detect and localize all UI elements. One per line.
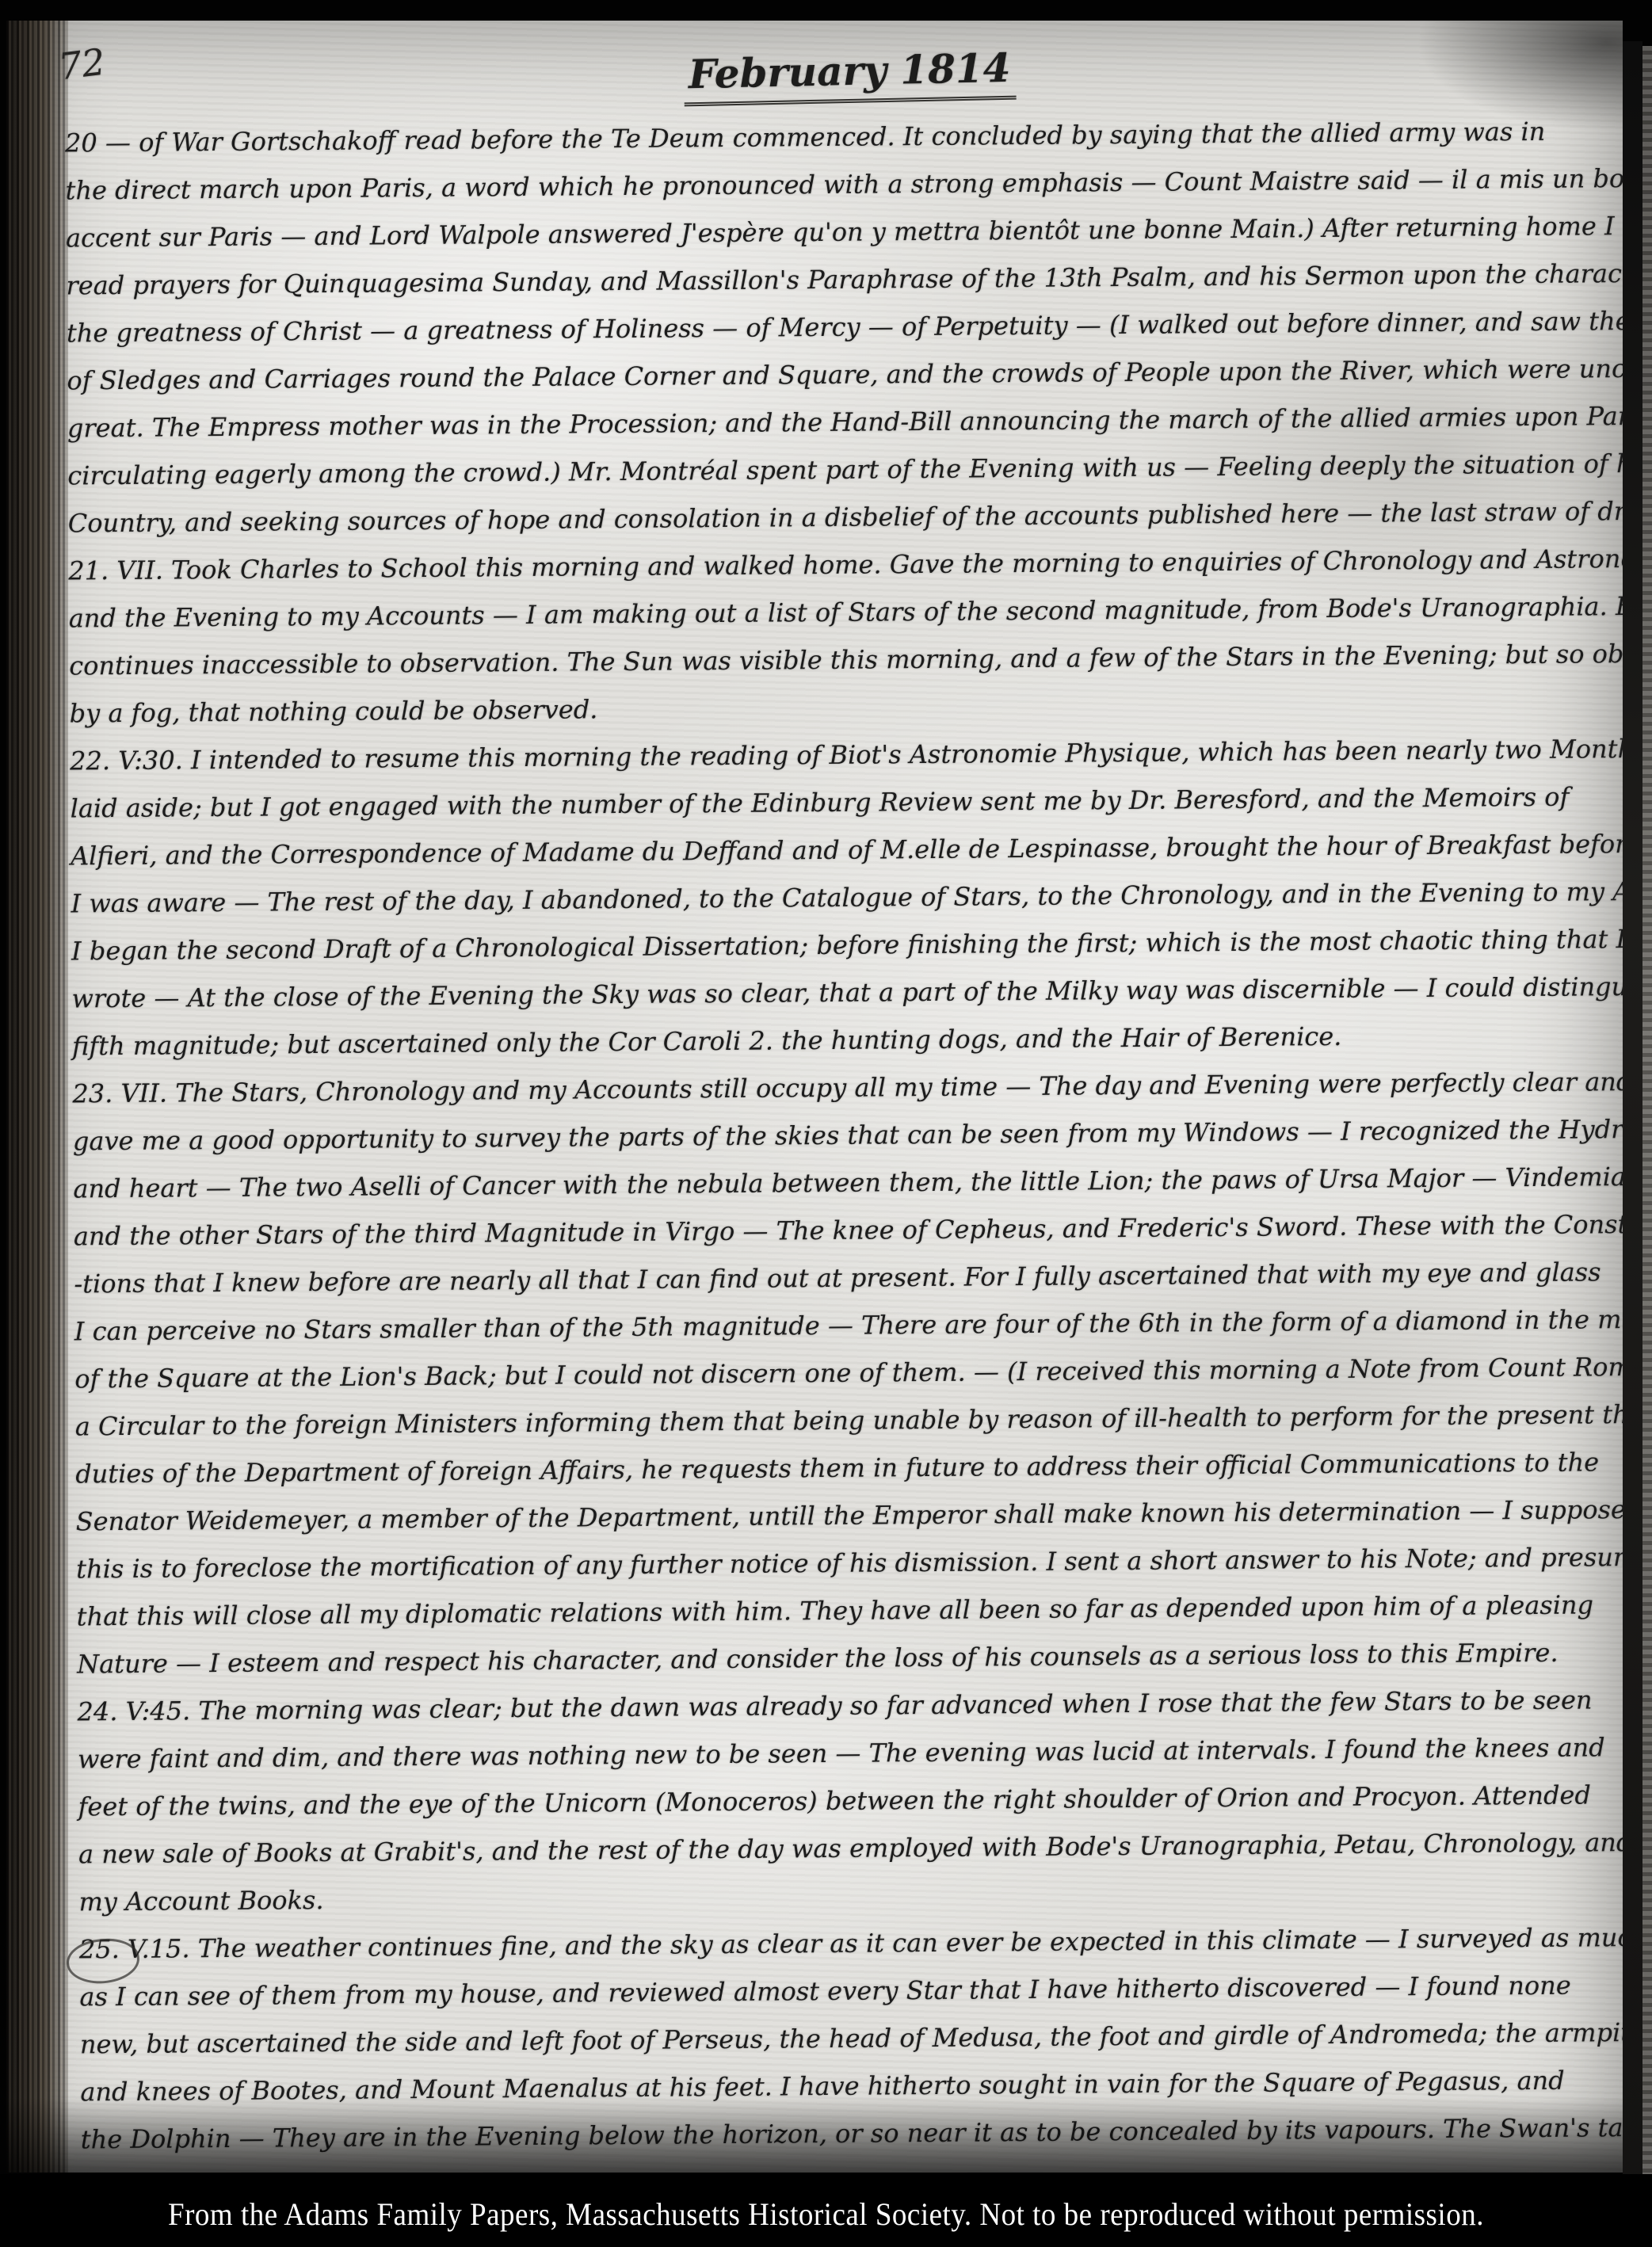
diary-text: 20 — of War Gortschakoff read before the… (65, 116, 1586, 2173)
book-binding (6, 21, 68, 2173)
credit-text: From the Adams Family Papers, Massachuse… (168, 2196, 1484, 2233)
heading-row: February 1814 (6, 48, 1623, 103)
manuscript-scan: 72 February 1814 20 — of War Gortschakof… (0, 0, 1652, 2247)
page-edge-shadow (1623, 41, 1642, 2180)
credit-bar: From the Adams Family Papers, Massachuse… (0, 2174, 1652, 2247)
manuscript-page: 72 February 1814 20 — of War Gortschakof… (6, 21, 1623, 2173)
adjacent-page-edge (1642, 46, 1652, 2177)
page-bottom-shadow (6, 2097, 1623, 2173)
month-heading: February 1814 (683, 44, 1016, 107)
